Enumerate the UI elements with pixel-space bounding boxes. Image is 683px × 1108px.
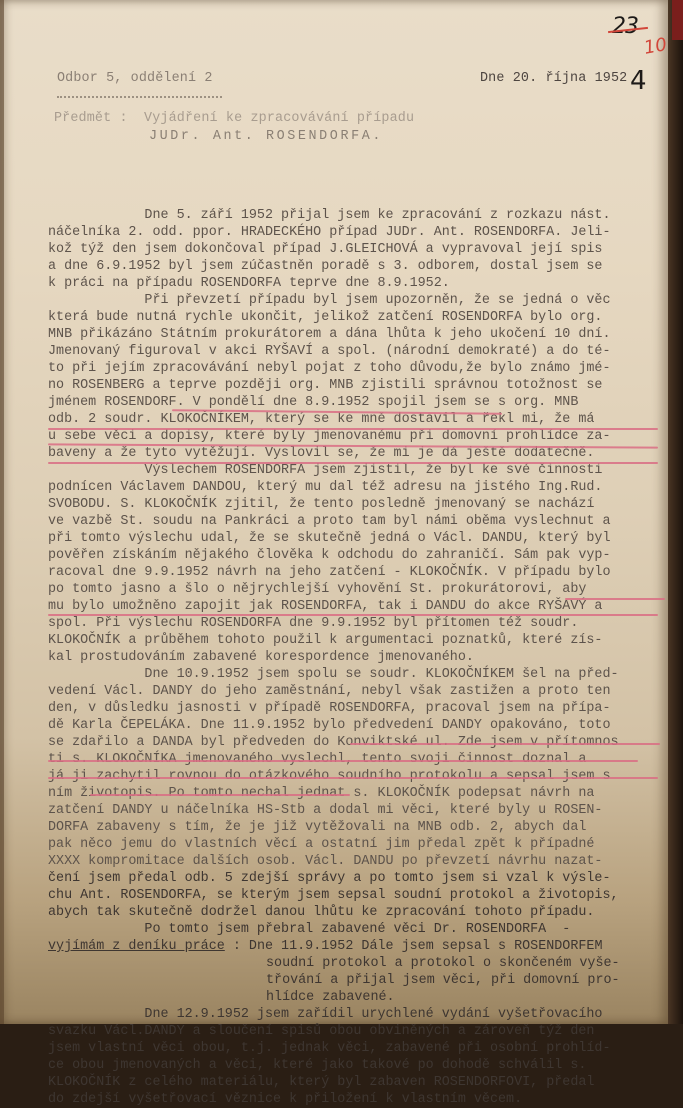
body-line: MNB přikázáno Státním prokurátorem a dán… xyxy=(48,326,658,343)
excerpt-line: soudní protokol a protokol o skončeném v… xyxy=(266,955,620,972)
diary-excerpt: vyjímám z deníku práce : Dne 11.9.1952 D… xyxy=(48,938,658,1006)
body-line: Při převzetí případu byl jsem upozorněn,… xyxy=(48,292,658,309)
body-line: zatčení DANDY u náčelníka HS-Stb a dodal… xyxy=(48,802,658,819)
body-line: po tomto jasno a šlo o nějrychlejší vyho… xyxy=(48,581,658,598)
body-line: to při jejím zpracovávání nebyl pojat z … xyxy=(48,360,658,377)
body-line: náčelníka 2. odd. ppor. HRADECKÉHO přípa… xyxy=(48,224,658,241)
red-tab-edge xyxy=(672,0,683,40)
body-line: XXXX kompromitace dalších osob. Václ. DA… xyxy=(48,853,658,870)
body-line: a dne 6.9.1952 byl jsem zúčastněn poradě… xyxy=(48,258,658,275)
body-line: při tomto výslechu udal, že se skutečně … xyxy=(48,530,658,547)
body-line: DORFA zabaveny s tím, že je již vytěžova… xyxy=(48,819,658,836)
body-line: den, v důsledku jasnosti v případě ROSEN… xyxy=(48,700,658,717)
body-line: kož týž den jsem dokončoval případ J.GLE… xyxy=(48,241,658,258)
body-line: abych tak skutečně dodržel danou lhůtu k… xyxy=(48,904,658,921)
excerpt-line: Dne 11.9.1952 Dále jsem sepsal s ROSENDO… xyxy=(249,939,603,954)
body-line: mu bylo umožněno zapojit jak ROSENDORFA,… xyxy=(48,598,658,615)
folio-number: 23 xyxy=(612,14,638,39)
body-line: čení jsem předal odb. 5 zdejší správy a … xyxy=(48,870,658,887)
body-line: pověřen získáním nějakého člověka k odch… xyxy=(48,547,658,564)
body-line: KLOKOČNÍK a průběhem tohoto použil k arg… xyxy=(48,632,658,649)
body-line: u sebe věci a dopisy, které byly jmenova… xyxy=(48,428,658,445)
pen-underline xyxy=(48,428,658,430)
body-line: podnícen Václavem DANDOU, který mu dal t… xyxy=(48,479,658,496)
body-line: SVOBODU. S. KLOKOČNÍK zjitil, že tento p… xyxy=(48,496,658,513)
body-line: Výslechem ROSENDORFA jsem zjistil, že by… xyxy=(48,462,658,479)
department-heading: Odbor 5, oddělení 2 xyxy=(57,70,213,87)
body-line: kal prostudováním zabavené korespordence… xyxy=(48,649,658,666)
body-line: Dne 5. září 1952 přijal jsem ke zpracová… xyxy=(48,207,658,224)
body-line: pak něco jemu do vlastních věcí a ostatn… xyxy=(48,836,658,853)
pen-underline xyxy=(48,777,658,779)
excerpt-label: vyjímám z deníku práce xyxy=(48,939,225,954)
body-line: která bude nutná rychle ukončit, jelikož… xyxy=(48,309,658,326)
subject-line: Předmět : Vyjádření ke zpracovávání příp… xyxy=(54,110,414,127)
excerpt-separator: : xyxy=(225,939,249,954)
excerpt-line: hlídce zabavené. xyxy=(266,989,395,1006)
pen-underline xyxy=(48,760,638,762)
pen-underline xyxy=(565,598,665,600)
binder-edge xyxy=(668,0,683,1024)
subject-name: JUDr. Ant. ROSENDORFA. xyxy=(149,128,383,145)
body-line: dě Karla ČEPELÁKA. Dne 11.9.1952 bylo př… xyxy=(48,717,658,734)
body-line: chu Ant. ROSENDORFA, se kterým jsem seps… xyxy=(48,887,658,904)
subject-label: Předmět : xyxy=(54,111,128,126)
page-number: 4 xyxy=(630,66,647,96)
pen-underline xyxy=(90,794,350,796)
body-line: no ROSENBERG a teprve později org. MNB z… xyxy=(48,377,658,394)
document-date: Dne 20. října 1952 xyxy=(480,70,627,87)
body-line: Po tomto jsem přebral zabavené věci Dr. … xyxy=(48,921,658,938)
body-line: k práci na případu ROSENDORFA teprve dne… xyxy=(48,275,658,292)
body-line: Jmenovaný figuroval v akci RYŠAVÍ a spol… xyxy=(48,343,658,360)
closing-line: Dne 12.9.1952 jsem zařídil urychlené vyd… xyxy=(48,1006,658,1023)
paper-left-edge xyxy=(0,0,4,1024)
body-line: ve vazbě St. soudu na Pankráci a proto t… xyxy=(48,513,658,530)
body-line: odb. 2 soudr. KLOKOČNÍKEM, který se ke m… xyxy=(48,411,658,428)
pen-underline xyxy=(350,743,660,745)
excerpt-first-line: vyjímám z deníku práce : Dne 11.9.1952 D… xyxy=(48,938,602,955)
struck-folio-number: 10 xyxy=(642,34,668,59)
typewritten-document-page: 23 10 4 Odbor 5, oddělení 2 Dne 20. říjn… xyxy=(0,0,668,1024)
body-line: racoval dne 9.9.1952 návrh na jeho zatče… xyxy=(48,564,658,581)
body-line: jménem ROSENDORF. V pondělí dne 8.9.1952… xyxy=(48,394,658,411)
subject-text: Vyjádření ke zpracovávání případu xyxy=(144,111,414,126)
excerpt-line: třování a přijal jsem věci, při domovní … xyxy=(266,972,620,989)
pen-underline xyxy=(48,614,658,616)
pen-underline xyxy=(48,462,658,464)
department-underline xyxy=(57,96,222,98)
body-line: vedení Václ. DANDY do jeho zaměstnání, n… xyxy=(48,683,658,700)
body-line: spol. Při výslechu ROSENDORFA dne 9.9.19… xyxy=(48,615,658,632)
body-line: Dne 10.9.1952 jsem spolu se soudr. KLOKO… xyxy=(48,666,658,683)
